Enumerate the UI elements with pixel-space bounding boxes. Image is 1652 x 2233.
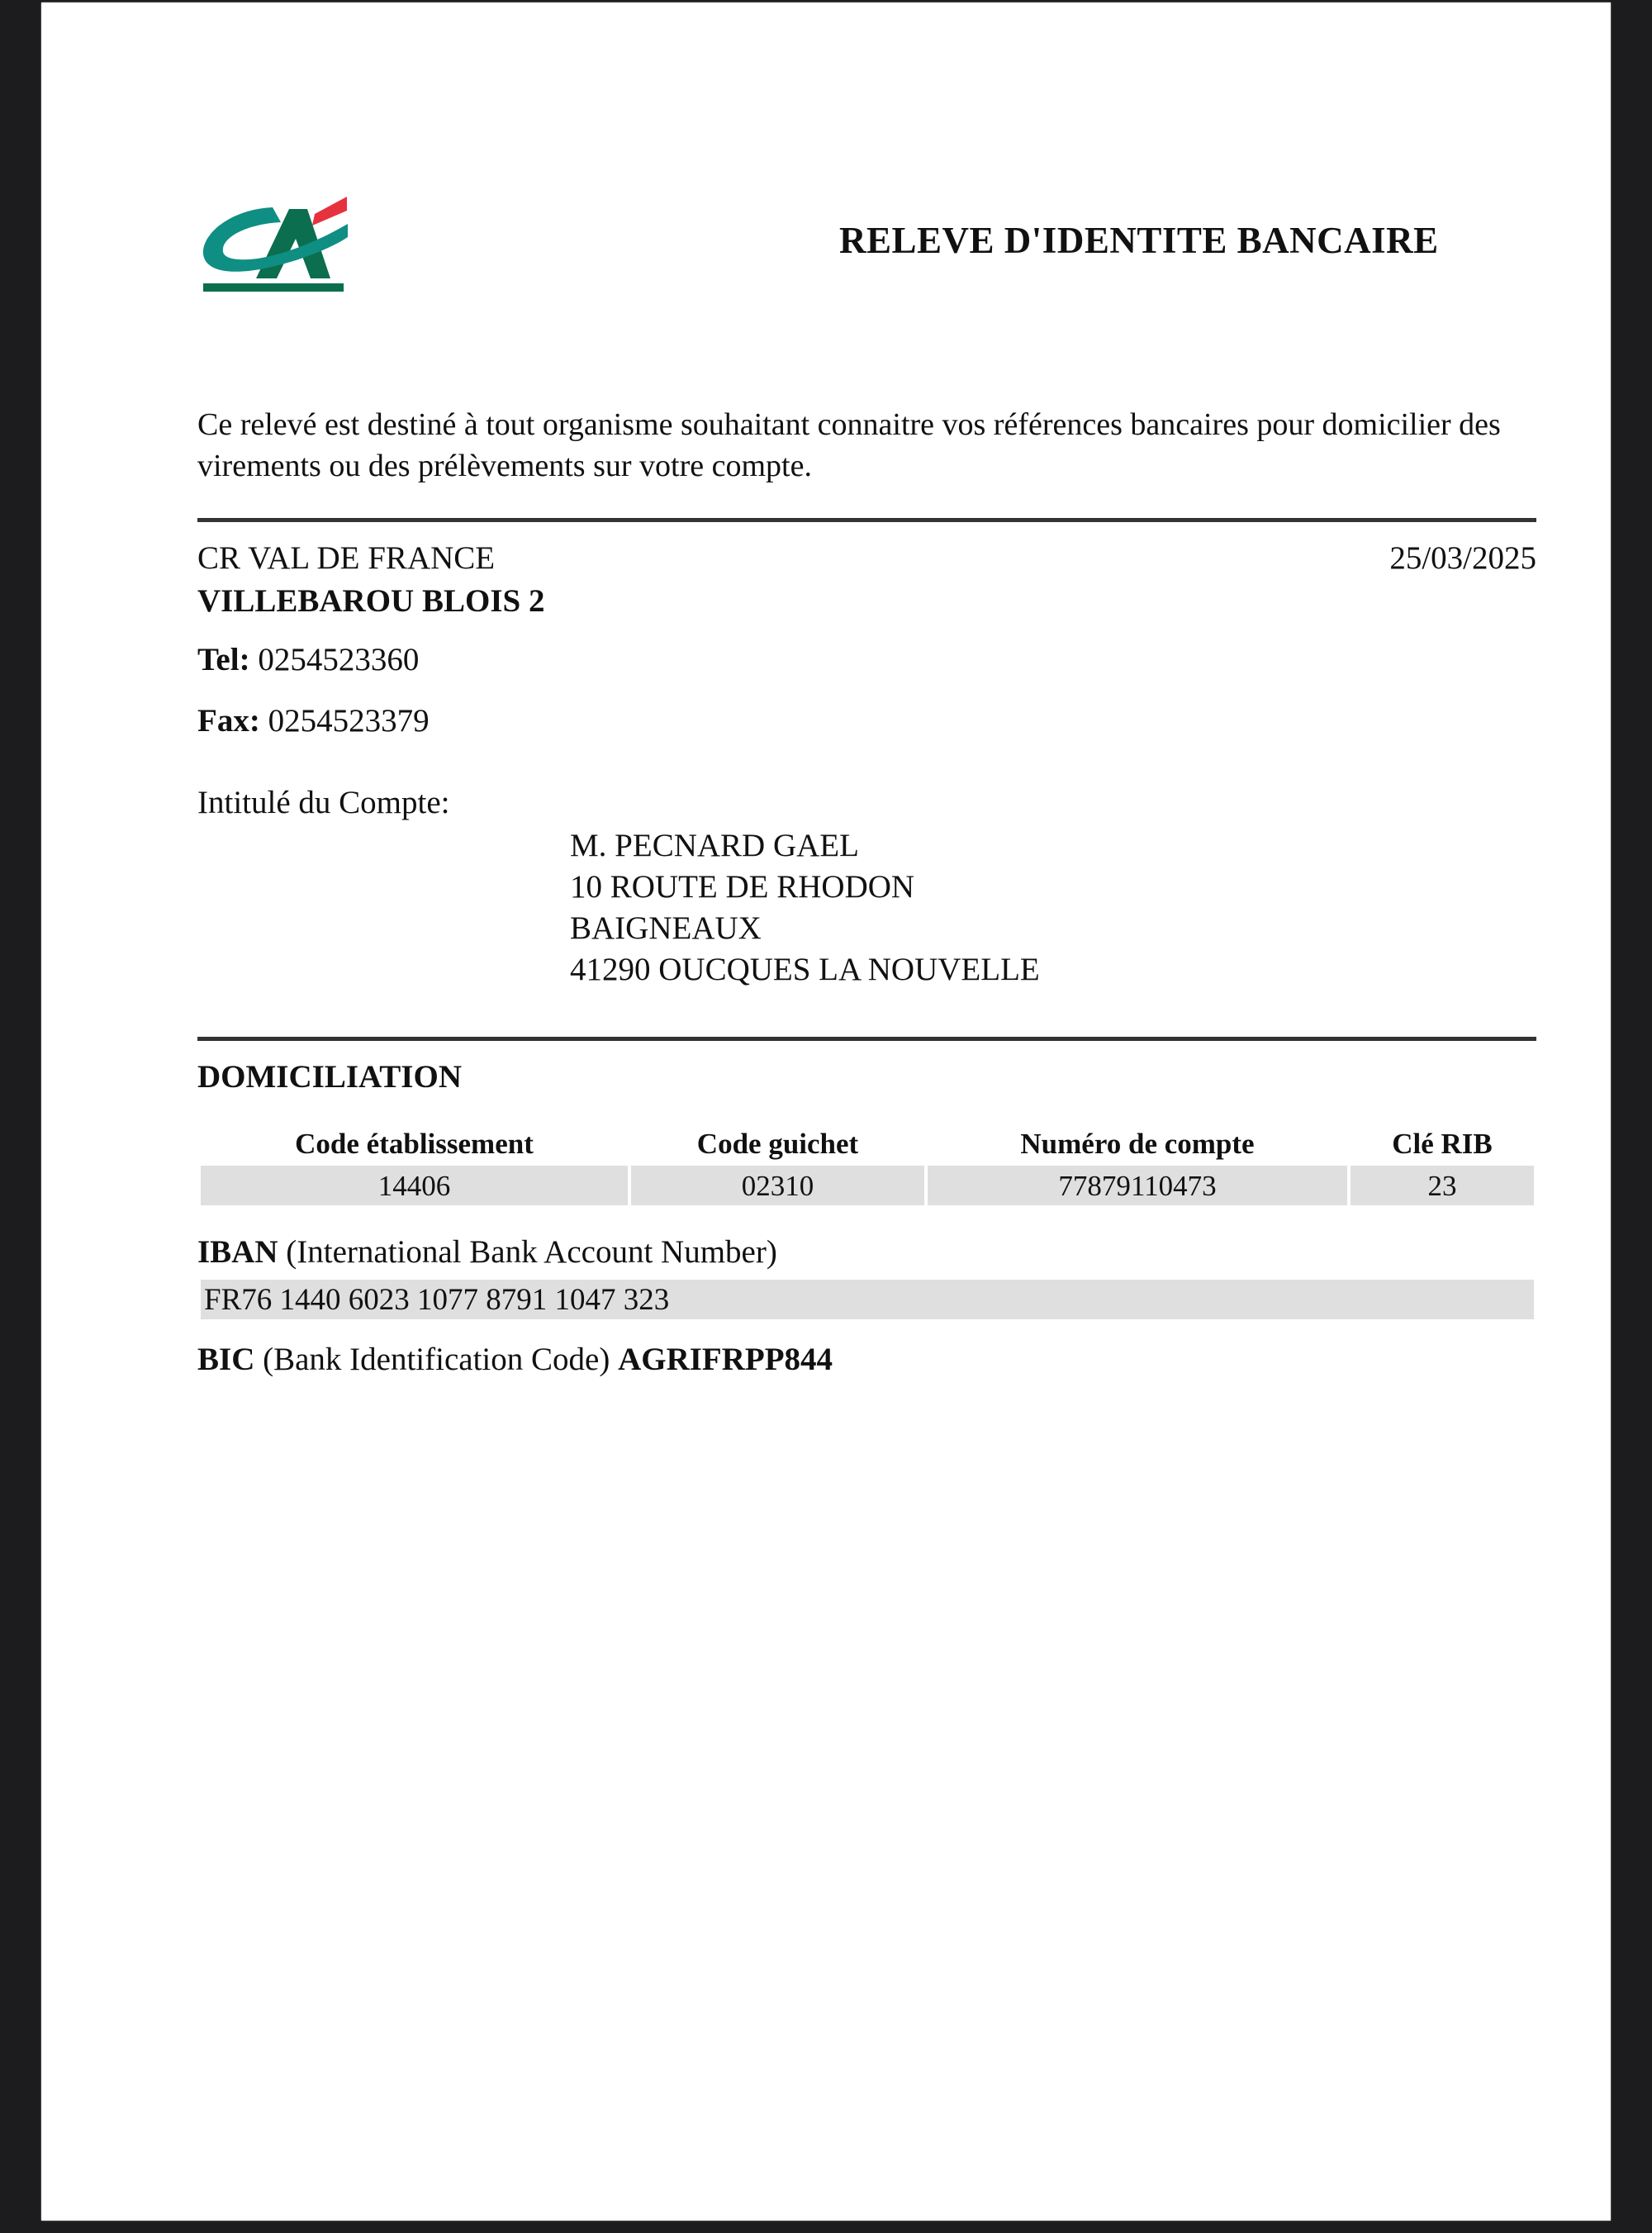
agency-region: CR VAL DE FRANCE bbox=[197, 539, 495, 577]
bic-line: BIC (Bank Identification Code) AGRIFRPP8… bbox=[197, 1341, 833, 1378]
holder-address-line1: 10 ROUTE DE RHODON bbox=[570, 867, 1040, 908]
account-number-cell: 77879110473 bbox=[928, 1166, 1347, 1205]
holder-name: M. PECNARD GAEL bbox=[570, 825, 1040, 867]
document-title: RELEVE D'IDENTITE BANCAIRE bbox=[839, 219, 1439, 262]
column-header: Code guichet bbox=[631, 1126, 924, 1162]
agency-tel: Tel: 0254523360 bbox=[197, 641, 419, 678]
bank-code-cell: 14406 bbox=[201, 1166, 628, 1205]
bic-description: (Bank Identification Code) bbox=[263, 1342, 610, 1377]
fax-value: 0254523379 bbox=[268, 703, 430, 739]
document-date: 25/03/2025 bbox=[1322, 539, 1536, 577]
bic-value: AGRIFRPP844 bbox=[618, 1342, 833, 1377]
iban-description: (International Bank Account Number) bbox=[286, 1234, 777, 1270]
iban-label-line: IBAN (International Bank Account Number) bbox=[197, 1233, 777, 1271]
branch-code-cell: 02310 bbox=[631, 1166, 924, 1205]
holder-address-line3: 41290 OUCQUES LA NOUVELLE bbox=[570, 949, 1040, 991]
account-title-label: Intitulé du Compte: bbox=[197, 784, 449, 821]
rib-table: Code établissement Code guichet Numéro d… bbox=[201, 1126, 1534, 1205]
intro-text: Ce relevé est destiné à tout organisme s… bbox=[197, 404, 1536, 487]
column-header: Clé RIB bbox=[1351, 1126, 1534, 1162]
holder-address-line2: BAIGNEAUX bbox=[570, 908, 1040, 949]
iban-value: FR76 1440 6023 1077 8791 1047 323 bbox=[204, 1280, 669, 1320]
agency-branch: VILLEBAROU BLOIS 2 bbox=[197, 582, 544, 620]
divider bbox=[197, 1037, 1536, 1041]
column-header: Numéro de compte bbox=[928, 1126, 1347, 1162]
account-holder: M. PECNARD GAEL 10 ROUTE DE RHODON BAIGN… bbox=[570, 825, 1040, 991]
document-page: RELEVE D'IDENTITE BANCAIRE Ce relevé est… bbox=[41, 2, 1611, 2221]
tel-value: 0254523360 bbox=[258, 642, 419, 677]
credit-agricole-logo-icon bbox=[198, 183, 355, 292]
bic-label: BIC bbox=[197, 1342, 254, 1377]
agency-fax: Fax: 0254523379 bbox=[197, 702, 430, 739]
divider bbox=[197, 518, 1536, 522]
column-header: Code établissement bbox=[201, 1126, 628, 1162]
fax-label: Fax: bbox=[197, 703, 260, 739]
rib-key-cell: 23 bbox=[1351, 1166, 1534, 1205]
domiciliation-heading: DOMICILIATION bbox=[197, 1058, 462, 1095]
tel-label: Tel: bbox=[197, 642, 250, 677]
iban-label: IBAN bbox=[197, 1234, 278, 1270]
